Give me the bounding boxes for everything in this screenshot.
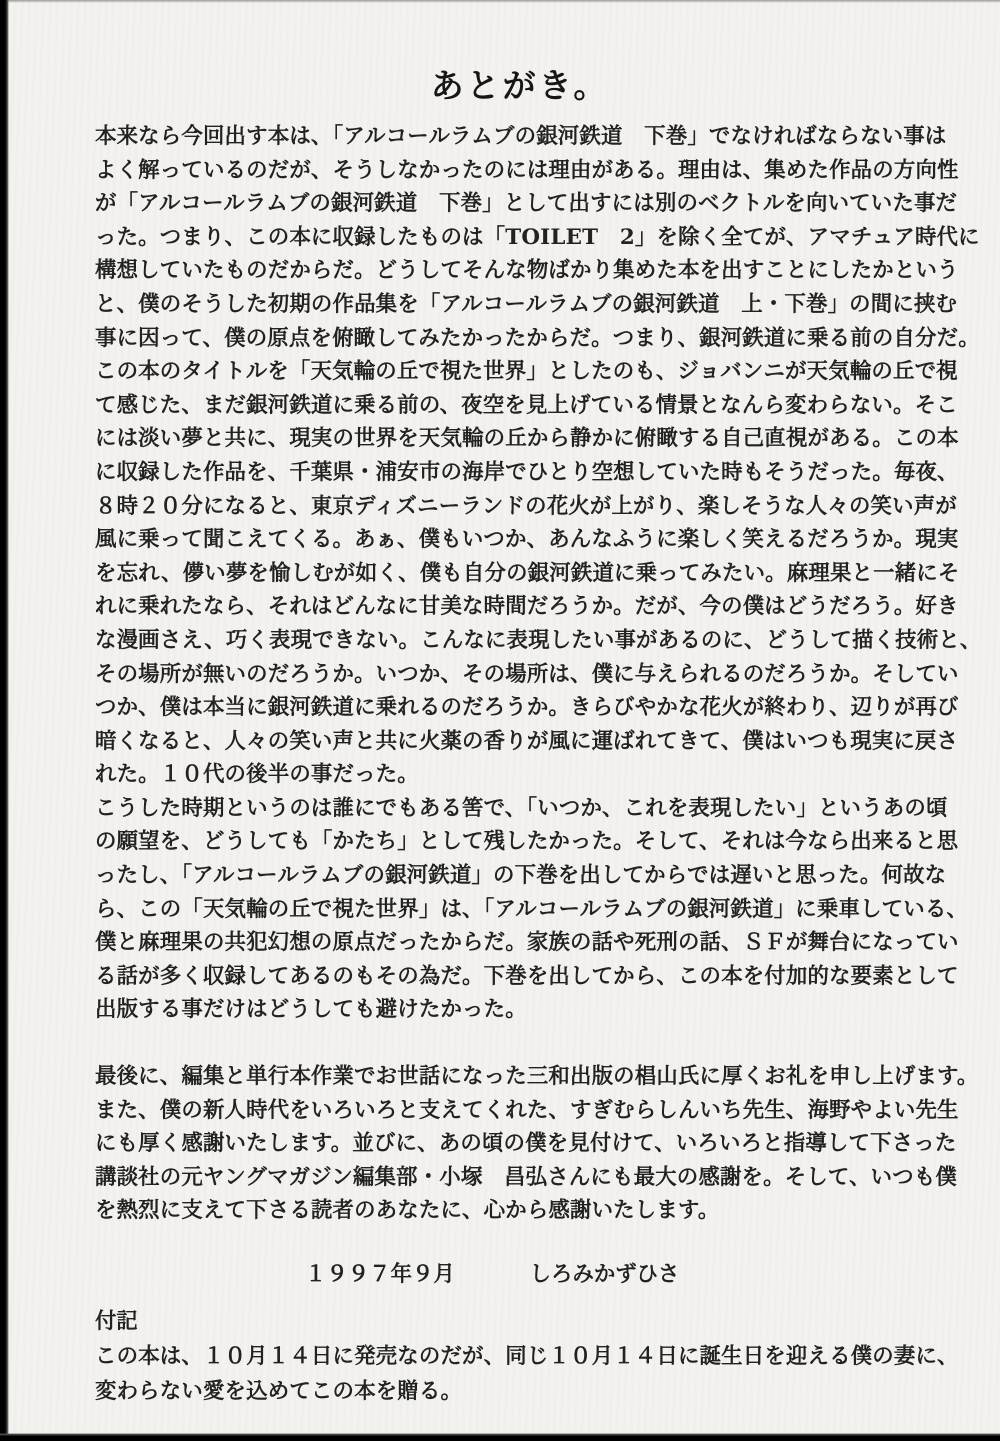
text-line: 出版する事だけはどうしても避けたかった。 [95,993,945,1027]
text-line: この本のタイトルを「天気輪の丘で視た世界」としたのも、ジョバンニが天気輪の丘で視 [95,355,945,389]
text-line: が「アルコールラムブの銀河鉄道 下巻」として出すには別のベクトルを向いていた事だ [95,187,945,221]
text-line: にも厚く感謝いたします。並びに、あの頃の僕を見付けて、いろいろと指導して下さった [95,1127,945,1161]
postscript-body: この本は、１０月１４日に発売なのだが、同じ１０月１４日に誕生日を迎える僕の妻に、… [95,1339,945,1409]
text-line: った。つまり、この本に収録したものは「TOILET 2」を除く全てが、アマチュア… [95,221,945,255]
text-line: 講談社の元ヤングマガジン編集部・小塚 昌弘さんにも最大の感謝を。そして、いつも僕 [95,1161,945,1195]
text-line: ったし、「アルコールラムブの銀河鉄道」の下巻を出してからでは遅いと思った。何故な [95,859,945,893]
text-line: と、僕のそうした初期の作品集を「アルコールラムブの銀河鉄道 上・下巻」の間に挟む [95,288,945,322]
text-line: 事に因って、僕の原点を俯瞰してみたかったからだ。つまり、銀河鉄道に乗る前の自分だ… [95,322,945,356]
postscript-label: 付記 [95,1305,945,1339]
text-line: る話が多く収録してあるのもその為だ。下巻を出してから、この本を付加的な要素として [95,960,945,994]
signature-name: しろみかずひさ [530,1262,680,1287]
text-line: この本は、１０月１４日に発売なのだが、同じ１０月１４日に誕生日を迎える僕の妻に、 [95,1339,945,1374]
signature-line: １９９７年９月 しろみかずひさ [305,1258,945,1292]
text-line: 最後に、編集と単行本作業でお世話になった三和出版の椙山氏に厚くお礼を申し上げます… [95,1060,945,1094]
text-line: な漫画さえ、巧く表現できない。こんなに表現したい事があるのに、どうして描く技術と… [95,624,945,658]
text-line: ら、この「天気輪の丘で視た世界」は、「アルコールラムブの銀河鉄道」に乗車している… [95,893,945,927]
text-line: の願望を、どうしても「かたち」として残したかった。そして、それは今なら出来ると思 [95,825,945,859]
text-line: 風に乗って聞こえてくる。あぁ、僕もいつか、あんなふうに楽しく笑えるだろうか。現実 [95,523,945,557]
text-line: 僕と麻理果の共犯幻想の原点だったからだ。家族の話や死刑の話、ＳＦが舞台になってい [95,926,945,960]
text-line: て感じた、まだ銀河鉄道に乗る前の、夜空を見上げている情景となんら変わらない。そこ [95,389,945,423]
scan-edge-left [0,0,9,1441]
afterword-body: 本来なら今回出す本は、「アルコールラムブの銀河鉄道 下巻」でなければならない事は… [95,120,945,1027]
text-line: を忘れ、儚い夢を愉しむが如く、僕も自分の銀河鉄道に乗ってみたい。麻理果と一緒にそ [95,557,945,591]
scan-edge-top [0,0,1000,3]
text-line: に収録した作品を、千葉県・浦安市の海岸でひとり空想していた時もそうだった。毎夜、 [95,456,945,490]
page-content: あとがき。 本来なら今回出す本は、「アルコールラムブの銀河鉄道 下巻」でなければ… [95,60,945,1410]
scan-edge-bottom [0,1433,1000,1441]
acknowledgements-paragraph: 最後に、編集と単行本作業でお世話になった三和出版の椙山氏に厚くお礼を申し上げます… [95,1060,945,1228]
text-line: れた。１０代の後半の事だった。 [95,758,945,792]
text-line: こうした時期というのは誰にでもある筈で、「いつか、これを表現したい」というあの頃 [95,792,945,826]
text-line: には淡い夢と共に、現実の世界を天気輪の丘から静かに俯瞰する自己直視がある。この本 [95,422,945,456]
text-line: つか、僕は本当に銀河鉄道に乗れるのだろうか。きらびやかな花火が終わり、辺りが再び [95,691,945,725]
page-title: あとがき。 [95,60,945,107]
text-line: ８時２０分になると、東京ディズニーランドの花火が上がり、楽しそうな人々の笑い声が [95,490,945,524]
text-line: れに乗れたなら、それはどんなに甘美な時間だろうか。だが、今の僕はどうだろう。好き [95,590,945,624]
text-line: 暗くなると、人々の笑い声と共に火薬の香りが風に運ばれてきて、僕はいつも現実に戻さ [95,725,945,759]
text-line: を熱烈に支えて下さる読者のあなたに、心から感謝いたします。 [95,1194,945,1228]
text-line: 変わらない愛を込めてこの本を贈る。 [95,1374,945,1409]
text-line: また、僕の新人時代をいろいろと支えてくれた、すぎむらしんいち先生、海野やよい先生 [95,1094,945,1128]
text-line: 本来なら今回出す本は、「アルコールラムブの銀河鉄道 下巻」でなければならない事は [95,120,945,154]
text-line: よく解っているのだが、そうしなかったのには理由がある。理由は、集めた作品の方向性 [95,154,945,188]
scanned-afterword-page: あとがき。 本来なら今回出す本は、「アルコールラムブの銀河鉄道 下巻」でなければ… [0,0,1000,1441]
text-line: その場所が無いのだろうか。いつか、その場所は、僕に与えられるのだろうか。そしてい [95,658,945,692]
text-line: 構想していたものだからだ。どうしてそんな物ばかり集めた本を出すことにしたかという [95,254,945,288]
signature-date: １９９７年９月 [305,1262,455,1287]
